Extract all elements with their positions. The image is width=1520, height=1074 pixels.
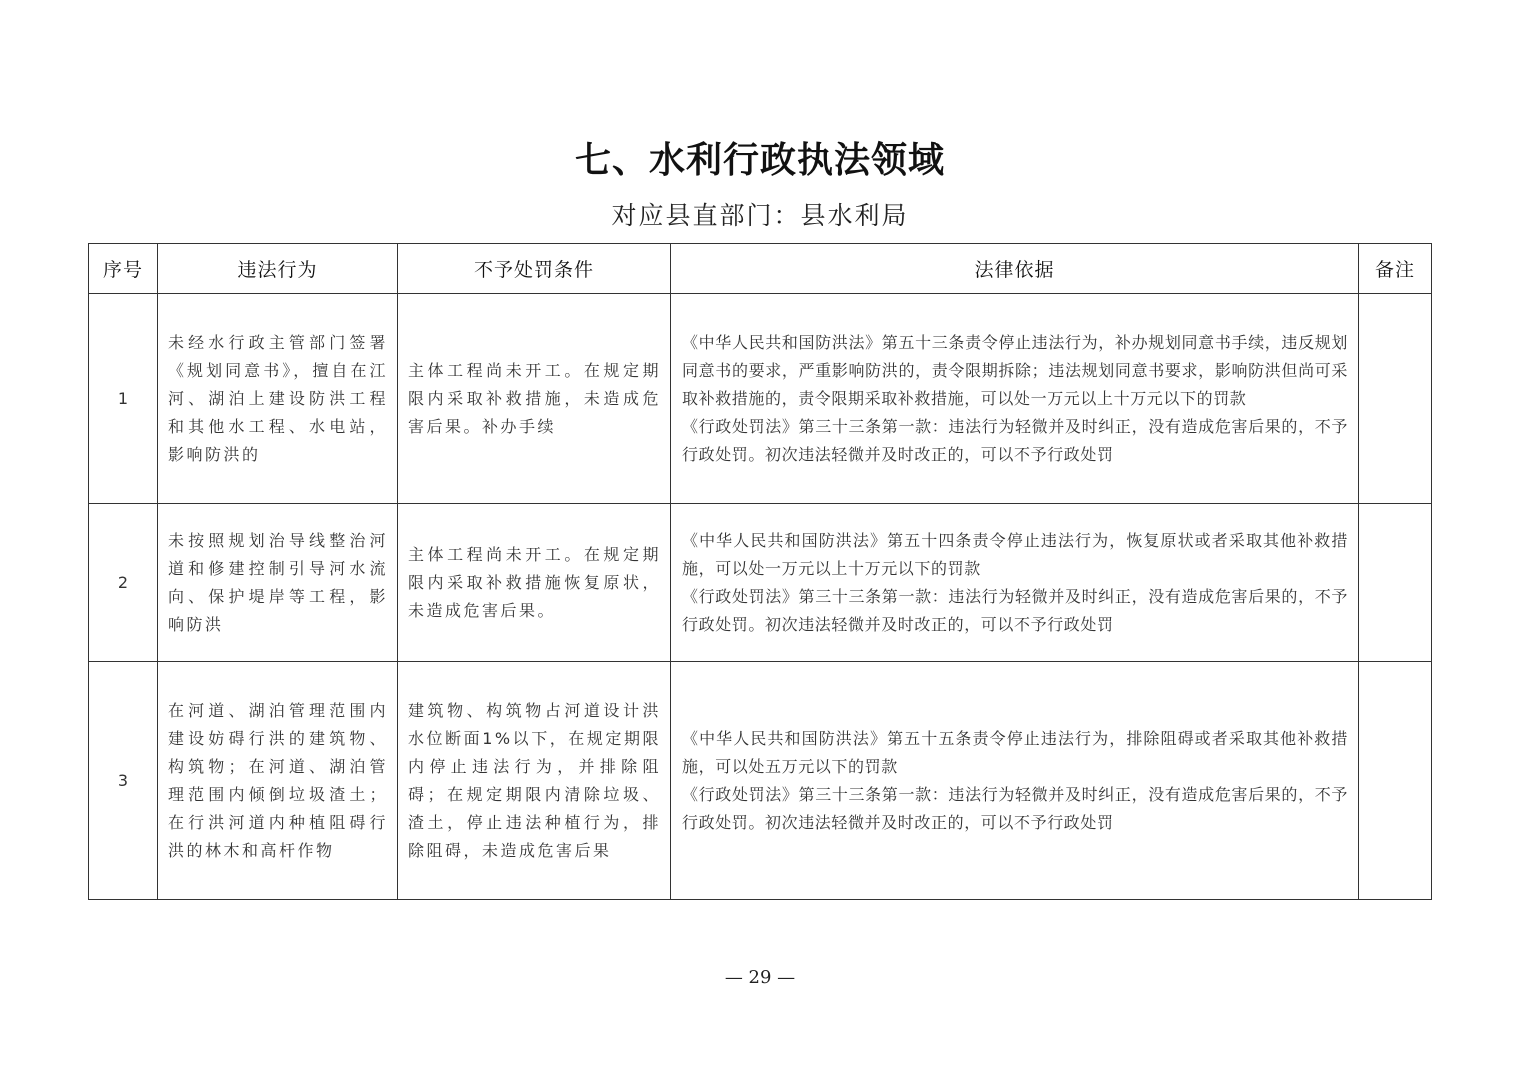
row-remarks bbox=[1359, 662, 1432, 900]
table-row: 1 未经水行政主管部门签署《规划同意书》，擅自在江河、湖泊上建设防洪工程和其他水… bbox=[89, 294, 1432, 504]
penalty-exemption-table: 序号 违法行为 不予处罚条件 法律依据 备注 1 未经水行政主管部门签署《规划同… bbox=[88, 243, 1432, 900]
row-condition: 主体工程尚未开工。在规定期限内采取补救措施恢复原状，未造成危害后果。 bbox=[398, 504, 671, 662]
row-legal-basis: 《中华人民共和国防洪法》第五十三条责令停止违法行为，补办规划同意书手续，违反规划… bbox=[671, 294, 1359, 504]
legal-basis-flood-law: 《中华人民共和国防洪法》第五十五条责令停止违法行为，排除阻碍或者采取其他补救措施… bbox=[682, 725, 1348, 781]
row-condition: 建筑物、构筑物占河道设计洪水位断面1%以下，在规定期限内停止违法行为，并排除阻碍… bbox=[398, 662, 671, 900]
row-remarks bbox=[1359, 504, 1432, 662]
page-title: 七、水利行政执法领域 bbox=[0, 132, 1520, 183]
row-remarks bbox=[1359, 294, 1432, 504]
legal-basis-admin-penalty-law: 《行政处罚法》第三十三条第一款：违法行为轻微并及时纠正，没有造成危害后果的，不予… bbox=[682, 583, 1348, 639]
legal-basis-admin-penalty-law: 《行政处罚法》第三十三条第一款：违法行为轻微并及时纠正，没有造成危害后果的，不予… bbox=[682, 413, 1348, 469]
row-violation: 未按照规划治导线整治河道和修建控制引导河水流向、保护堤岸等工程，影响防洪 bbox=[158, 504, 398, 662]
row-condition: 主体工程尚未开工。在规定期限内采取补救措施，未造成危害后果。补办手续 bbox=[398, 294, 671, 504]
row-legal-basis: 《中华人民共和国防洪法》第五十四条责令停止违法行为，恢复原状或者采取其他补救措施… bbox=[671, 504, 1359, 662]
legal-basis-flood-law: 《中华人民共和国防洪法》第五十三条责令停止违法行为，补办规划同意书手续，违反规划… bbox=[682, 329, 1348, 413]
header-legal-basis: 法律依据 bbox=[671, 244, 1359, 294]
row-legal-basis: 《中华人民共和国防洪法》第五十五条责令停止违法行为，排除阻碍或者采取其他补救措施… bbox=[671, 662, 1359, 900]
page-number: — 29 — bbox=[0, 967, 1520, 988]
legal-basis-admin-penalty-law: 《行政处罚法》第三十三条第一款：违法行为轻微并及时纠正，没有造成危害后果的，不予… bbox=[682, 781, 1348, 837]
header-index: 序号 bbox=[89, 244, 158, 294]
row-index: 1 bbox=[89, 294, 158, 504]
row-violation: 在河道、湖泊管理范围内建设妨碍行洪的建筑物、构筑物；在河道、湖泊管理范围内倾倒垃… bbox=[158, 662, 398, 900]
header-violation: 违法行为 bbox=[158, 244, 398, 294]
table-header-row: 序号 违法行为 不予处罚条件 法律依据 备注 bbox=[89, 244, 1432, 294]
table-row: 2 未按照规划治导线整治河道和修建控制引导河水流向、保护堤岸等工程，影响防洪 主… bbox=[89, 504, 1432, 662]
department-subtitle: 对应县直部门：县水利局 bbox=[0, 196, 1520, 232]
table-row: 3 在河道、湖泊管理范围内建设妨碍行洪的建筑物、构筑物；在河道、湖泊管理范围内倾… bbox=[89, 662, 1432, 900]
row-index: 3 bbox=[89, 662, 158, 900]
row-violation: 未经水行政主管部门签署《规划同意书》，擅自在江河、湖泊上建设防洪工程和其他水工程… bbox=[158, 294, 398, 504]
header-condition: 不予处罚条件 bbox=[398, 244, 671, 294]
header-remarks: 备注 bbox=[1359, 244, 1432, 294]
legal-basis-flood-law: 《中华人民共和国防洪法》第五十四条责令停止违法行为，恢复原状或者采取其他补救措施… bbox=[682, 527, 1348, 583]
row-index: 2 bbox=[89, 504, 158, 662]
